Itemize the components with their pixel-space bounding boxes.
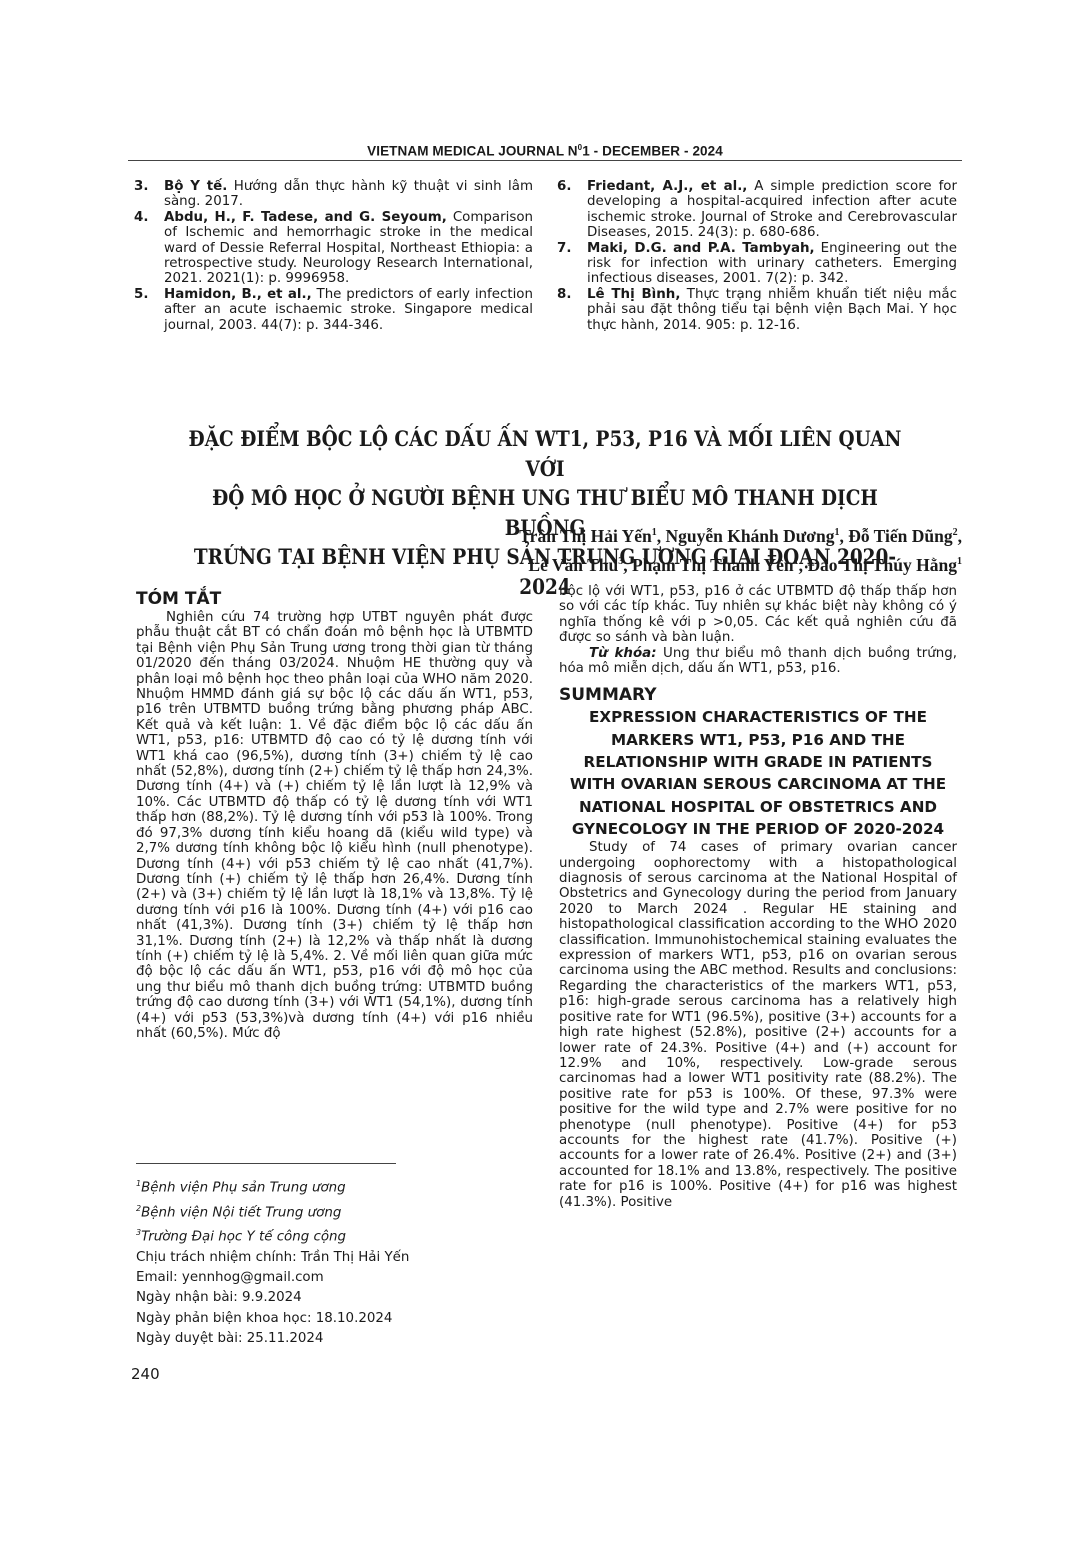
reference-item: 6.Friedant, A.J., et al., A simple predi…	[559, 179, 957, 241]
english-title: EXPRESSION CHARACTERISTICS OF THE MARKER…	[559, 706, 957, 840]
abstract-vietnamese: TÓM TẮT Nghiên cứu 74 trường hợp UTBT ng…	[136, 588, 533, 1041]
author-affiliation: 1	[957, 556, 962, 567]
reference-number: 5.	[134, 287, 148, 302]
keywords: Từ khóa: Ung thư biểu mô thanh dịch buồn…	[559, 646, 957, 677]
footnote-rule	[136, 1163, 396, 1164]
date-accepted: Ngày duyệt bài: 25.11.2024	[136, 1329, 409, 1349]
reference-number: 6.	[557, 179, 571, 194]
title-line: ĐẶC ĐIỂM BỘC LỘ CÁC DẤU ẤN WT1, P53, P16…	[186, 425, 903, 484]
issue-date: 1 - DECEMBER - 2024	[582, 144, 723, 159]
date-received: Ngày nhận bài: 9.9.2024	[136, 1288, 409, 1308]
author-name: Phạm Thị Thanh Yên	[632, 555, 794, 575]
summary-body: Study of 74 cases of primary ovarian can…	[559, 840, 957, 1210]
author-affiliation: 1	[794, 556, 799, 567]
reference-item: 4.Abdu, H., F. Tadese, and G. Seyoum, Co…	[136, 210, 533, 287]
running-header: VIETNAM MEDICAL JOURNAL N01 - DECEMBER -…	[128, 143, 962, 159]
page-number: 240	[131, 1365, 160, 1383]
corresponding-author: Chịu trách nhiệm chính: Trần Thị Hải Yến	[136, 1248, 409, 1268]
reference-number: 8.	[557, 287, 571, 302]
reference-authors: Lê Thị Bình,	[587, 287, 680, 302]
affiliation-text: Trường Đại học Y tế công cộng	[141, 1230, 346, 1245]
reference-authors: Bộ Y tế.	[164, 179, 227, 194]
reference-number: 7.	[557, 241, 571, 256]
abstract-body-continued: bộc lộ với WT1, p53, p16 ở các UTBMTD độ…	[559, 584, 957, 646]
affiliation-3: 3Trường Đại học Y tế công cộng	[136, 1223, 409, 1248]
author-list: Trần Thị Hải Yến1, Nguyễn Khánh Dương1, …	[519, 520, 962, 578]
references-right: 6.Friedant, A.J., et al., A simple predi…	[559, 179, 957, 333]
abstract-heading: TÓM TẮT	[136, 588, 533, 610]
reference-authors: Abdu, H., F. Tadese, and G. Seyoum,	[164, 210, 447, 225]
author-affiliation: 1	[834, 527, 839, 538]
footnotes: 1Bệnh viện Phụ sản Trung ương 2Bệnh viện…	[136, 1174, 409, 1349]
reference-item: 5.Hamidon, B., et al., The predictors of…	[136, 287, 533, 333]
reference-number: 4.	[134, 210, 148, 225]
author-affiliation: 2	[953, 527, 958, 538]
affiliation-1: 1Bệnh viện Phụ sản Trung ương	[136, 1174, 409, 1199]
journal-page: VIETNAM MEDICAL JOURNAL N01 - DECEMBER -…	[0, 0, 1090, 1541]
abstract-body: Nghiên cứu 74 trường hợp UTBT nguyên phá…	[136, 610, 533, 1041]
references-left: 3.Bộ Y tế. Hướng dẫn thực hành kỹ thuật …	[136, 179, 533, 333]
affiliation-2: 2Bệnh viện Nội tiết Trung ương	[136, 1199, 409, 1224]
affiliation-text: Bệnh viện Phụ sản Trung ương	[141, 1180, 346, 1195]
author-name: Trần Thị Hải Yến	[519, 526, 651, 546]
author-name: Đào Thị Thúy Hằng	[807, 555, 957, 575]
affiliation-text: Bệnh viện Nội tiết Trung ương	[141, 1205, 341, 1220]
reference-authors: Hamidon, B., et al.,	[164, 287, 312, 302]
abstract-continuation: bộc lộ với WT1, p53, p16 ở các UTBMTD độ…	[559, 584, 957, 1210]
author-name: Lê Văn Thu	[528, 555, 618, 575]
reference-item: 3.Bộ Y tế. Hướng dẫn thực hành kỹ thuật …	[136, 179, 533, 210]
reference-number: 3.	[134, 179, 148, 194]
journal-name: VIETNAM MEDICAL JOURNAL N	[367, 144, 578, 159]
author-affiliation: 1	[652, 527, 657, 538]
reference-item: 8.Lê Thị Bình, Thực trạng nhiễm khuẩn ti…	[559, 287, 957, 333]
reference-item: 7.Maki, D.G. and P.A. Tambyah, Engineeri…	[559, 241, 957, 287]
author-name: Nguyễn Khánh Dương	[665, 526, 834, 546]
summary-heading: SUMMARY	[559, 684, 957, 706]
author-affiliation: 3	[618, 556, 623, 567]
reference-authors: Friedant, A.J., et al.,	[587, 179, 747, 194]
reference-authors: Maki, D.G. and P.A. Tambyah,	[587, 241, 815, 256]
date-reviewed: Ngày phản biện khoa học: 18.10.2024	[136, 1309, 409, 1329]
author-name: Đỗ Tiến Dũng	[848, 526, 952, 546]
keywords-label: Từ khóa:	[589, 646, 657, 661]
header-rule	[128, 160, 962, 161]
email: Email: yennhog@gmail.com	[136, 1268, 409, 1288]
